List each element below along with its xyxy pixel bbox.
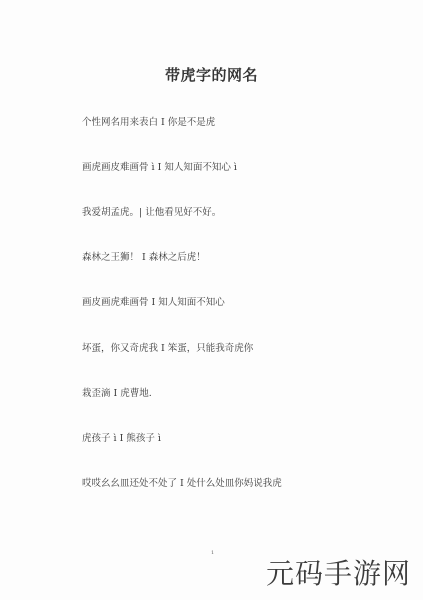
nickname-line-6: 坏蛋，你又奇虎我 I 笨蛋，只能我奇虎你 (82, 342, 253, 356)
nickname-line-5: 画皮画虎难画骨 I 知人知面不知心 (82, 296, 225, 310)
nickname-line-3: 我爱胡孟虎。| 让他看见好不好。 (82, 206, 221, 220)
nickname-line-2: 画虎画皮难画骨 ì I 知人知面不知心 ì (82, 161, 237, 175)
watermark-logo: 元码手游网 (266, 552, 411, 592)
nickname-line-8: 虎孩子 ì I 熊孩子 ì (82, 432, 161, 446)
document-page: 带虎字的网名 个性网名用来表白 I 你是不是虎 画虎画皮难画骨 ì I 知人知面… (0, 0, 423, 600)
nickname-line-1: 个性网名用来表白 I 你是不是虎 (82, 116, 215, 130)
document-title: 带虎字的网名 (0, 64, 423, 85)
nickname-line-9: 哎哎幺幺皿还处不处了 I 处什么处皿你妈说我虎 (82, 477, 287, 491)
page-number: 1 (211, 550, 214, 556)
nickname-line-7: 栽歪滴 I 虎曹地. (82, 387, 152, 401)
nickname-line-4: 森林之王狮！ I 森林之后虎！ (82, 251, 206, 265)
